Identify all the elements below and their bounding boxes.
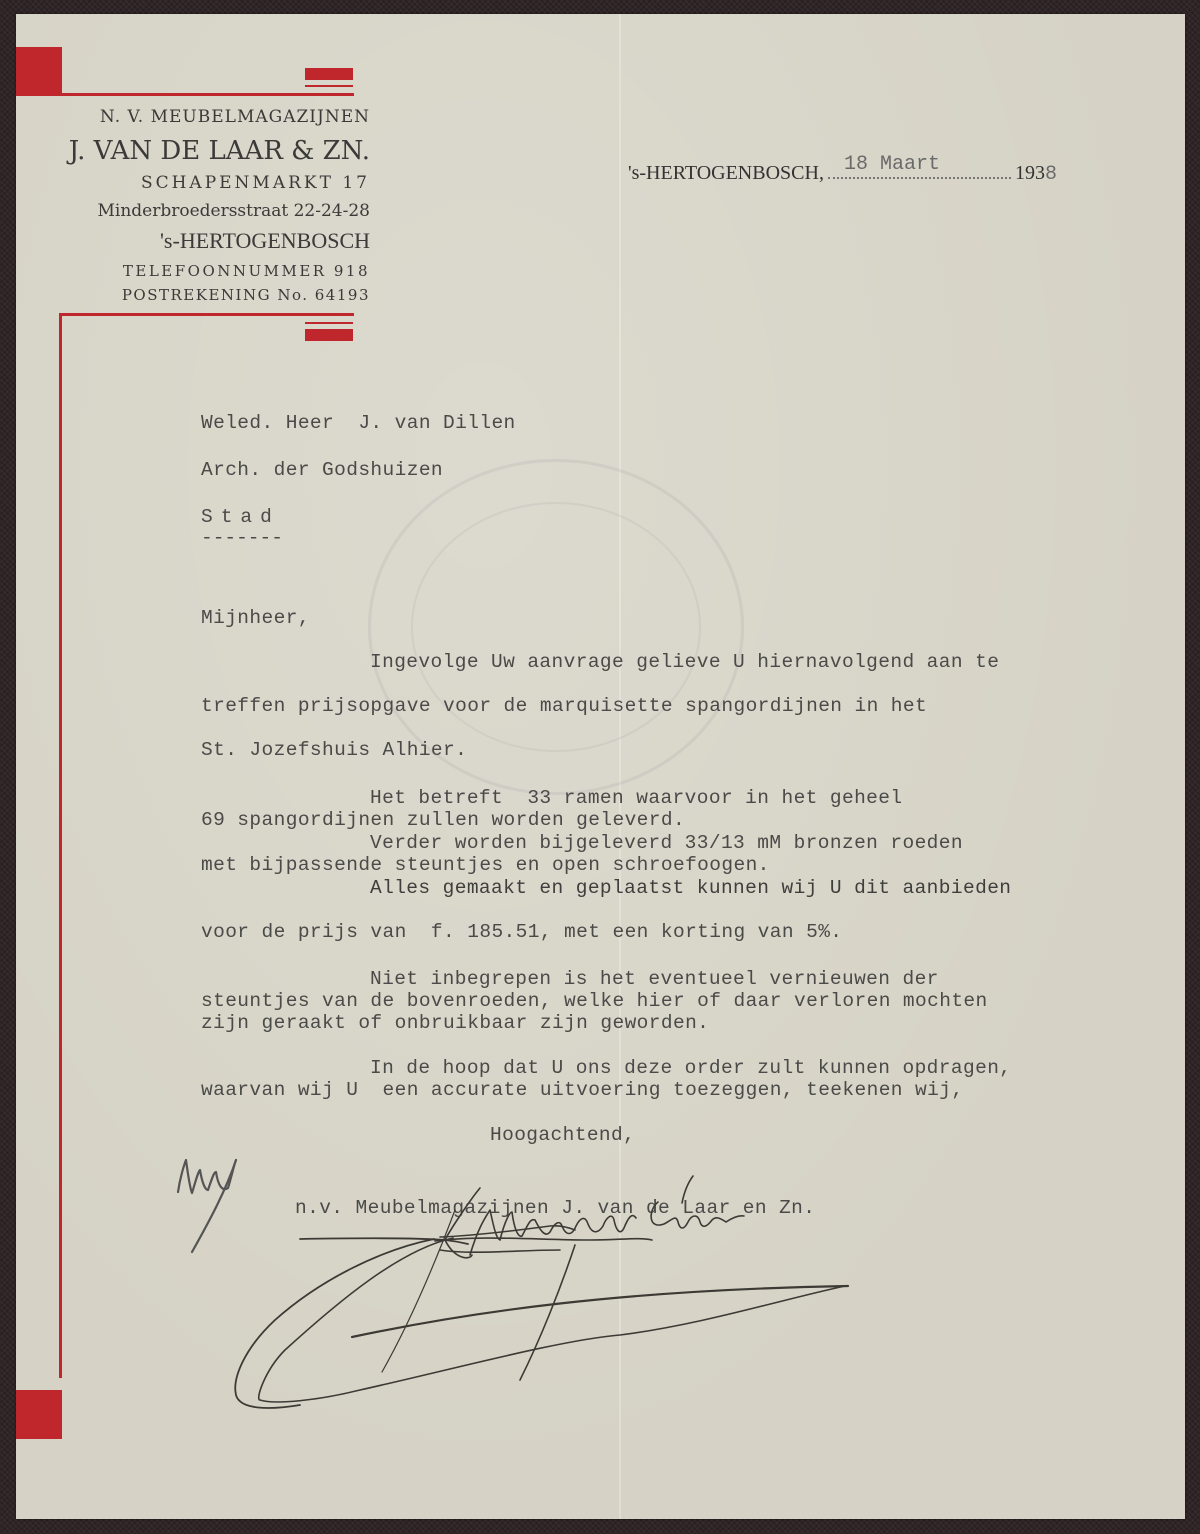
pencil-initials-icon bbox=[178, 1160, 236, 1252]
handwritten-marks bbox=[0, 0, 1200, 1534]
